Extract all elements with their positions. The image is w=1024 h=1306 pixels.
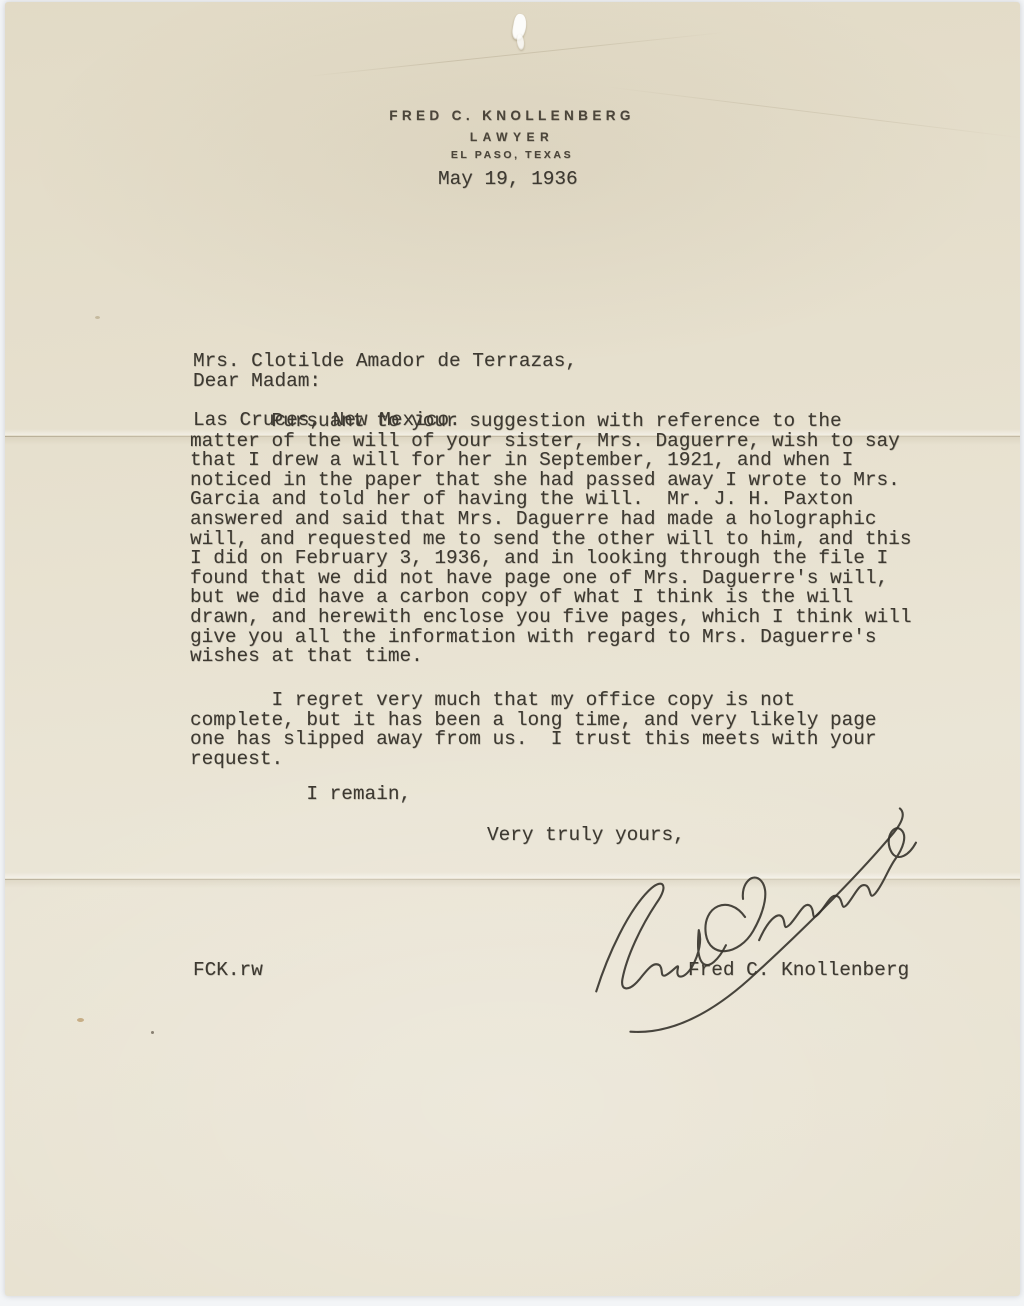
closing-line: I remain, xyxy=(190,785,411,805)
paper-speck xyxy=(95,316,100,319)
paper-tear xyxy=(516,34,525,51)
letter-text-line: wishes at that time. xyxy=(190,647,911,667)
letter-text-line: Pursuant to your suggestion with referen… xyxy=(190,412,911,432)
recipient-line-1: Mrs. Clotilde Amador de Terrazas, xyxy=(193,352,577,372)
fold-crease-bottom xyxy=(5,876,1020,883)
letter-text-line: request. xyxy=(190,750,877,770)
letterhead-title: LAWYER xyxy=(0,130,1024,144)
body-paragraph-2: I regret very much that my office copy i… xyxy=(190,691,877,769)
letter-text-line: but we did have a carbon copy of what I … xyxy=(190,588,911,608)
date-line: May 19, 1936 xyxy=(438,170,578,190)
letter-text-line: that I drew a will for her in September,… xyxy=(190,451,911,471)
letter-text-line: I regret very much that my office copy i… xyxy=(190,691,877,711)
letter-text-line: drawn, and herewith enclose you five pag… xyxy=(190,608,911,628)
paper-speck xyxy=(151,1031,154,1034)
typed-signature: Fred C. Knollenberg xyxy=(688,961,909,981)
letter-text-line: answered and said that Mrs. Daguerre had… xyxy=(190,510,911,530)
typist-initials: FCK.rw xyxy=(193,961,263,981)
salutation: Dear Madam: xyxy=(193,372,321,392)
letter-text-line: I did on February 3, 1936, and in lookin… xyxy=(190,549,911,569)
valediction: Very truly yours, xyxy=(487,826,685,846)
letter-text-line: one has slipped away from us. I trust th… xyxy=(190,730,877,750)
letterhead-location: EL PASO, TEXAS xyxy=(0,149,1024,161)
body-paragraph-1: Pursuant to your suggestion with referen… xyxy=(190,412,911,667)
paper-speck xyxy=(77,1018,84,1022)
letterhead-name: FRED C. KNOLLENBERG xyxy=(0,108,1024,123)
